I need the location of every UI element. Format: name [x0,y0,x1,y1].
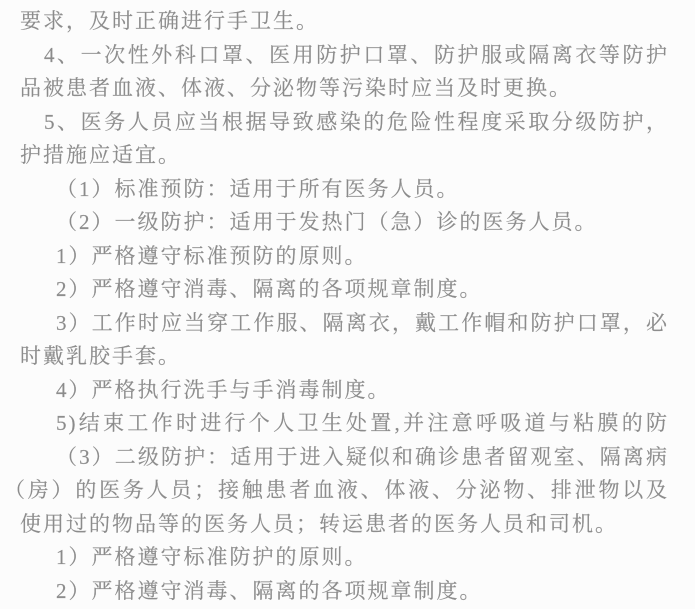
document-line: 3）工作时应当穿工作服、隔离衣，戴工作帽和防护口罩，必要 [0,307,695,341]
document-line: 5)结束工作时进行个人卫生处置,并注意呼吸道与粘膜的防护。 [0,407,695,441]
document-line: 护措施应适宜。 [0,139,695,173]
document-line: 时戴乳胶手套。 [0,340,695,374]
document-line: 2）严格遵守消毒、隔离的各项规章制度。 [0,575,695,609]
document-line: 4）严格执行洗手与手消毒制度。 [0,374,695,408]
document-line: 4、一次性外科口罩、医用防护口罩、防护服或隔离衣等防护用 [0,39,695,73]
document-line: （1）标准预防：适用于所有医务人员。 [0,173,695,207]
document-line: 5、医务人员应当根据导致感染的危险性程度采取分级防护，防 [0,106,695,140]
document-line: （3）二级防护：适用于进入疑似和确诊患者留观室、隔离病区 [0,441,695,475]
document-line: 1）严格遵守标准预防的原则。 [0,240,695,274]
document-line: 1）严格遵守标准防护的原则。 [0,541,695,575]
document-line: 使用过的物品等的医务人员；转运患者的医务人员和司机。 [0,508,695,542]
document-line: 2）严格遵守消毒、隔离的各项规章制度。 [0,273,695,307]
document-line: 品被患者血液、体液、分泌物等污染时应当及时更换。 [0,72,695,106]
document-line: 要求，及时正确进行手卫生。 [0,5,695,39]
document-line: （2）一级防护：适用于发热门（急）诊的医务人员。 [0,206,695,240]
document-page: 要求，及时正确进行手卫生。 4、一次性外科口罩、医用防护口罩、防护服或隔离衣等防… [0,0,695,609]
document-line: （房）的医务人员；接触患者血液、体液、分泌物、排泄物以及患者 [0,474,695,508]
